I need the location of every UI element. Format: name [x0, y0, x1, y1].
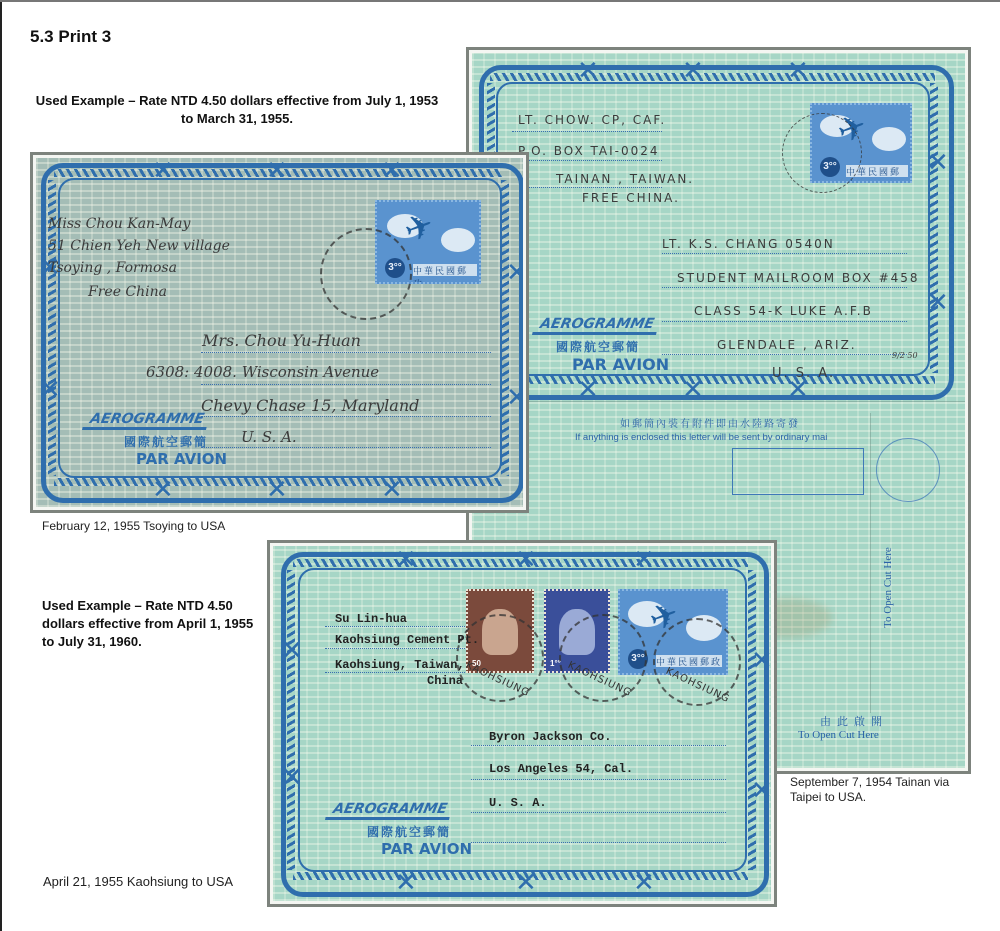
caption-tainan: September 7, 1954 Tainan via Taipei to U…	[790, 775, 949, 805]
sender-line: Su Lin-hua	[335, 612, 407, 626]
postmark	[876, 438, 940, 502]
plane-ornament-icon: ✕	[751, 651, 771, 671]
cover-kaohsiung: ✕ ✕ ✕ ✕ ✕ ✕ ✕ ✕ ✕ ✕ 50 1°° ✈ 3°° 中華民國郵政 …	[267, 540, 777, 907]
section-title: 5.3 Print 3	[30, 27, 111, 47]
aerogramme-logo: AEROGRAMME 國際航空郵簡 PAR AVION	[84, 410, 227, 468]
aerogramme-logo: AEROGRAMME 國際航空郵簡 PAR AVION	[534, 315, 669, 374]
plane-ornament-icon: ✕	[633, 873, 655, 893]
plane-ornament-icon: ✕	[927, 153, 949, 173]
rate-note-line: to March 31, 1955.	[32, 110, 442, 128]
plane-ornament-icon: ✕	[682, 61, 704, 81]
sender-line: P.O. BOX TAI-0024	[518, 144, 660, 158]
recipient-line: Byron Jackson Co.	[489, 730, 611, 744]
recipient-line: U. S. A.	[241, 428, 297, 446]
cut-here-vertical: To Open Cut Here	[882, 508, 894, 628]
plane-ornament-icon: ✕	[515, 550, 537, 570]
page-edge	[0, 0, 1000, 2]
cut-here-english: To Open Cut Here	[798, 729, 879, 741]
aerogramme-logo: AEROGRAMME 國際航空郵簡 PAR AVION	[327, 800, 472, 858]
plane-ornament-icon: ✕	[506, 263, 523, 283]
caption-kaohsiung: April 21, 1955 Kaohsiung to USA	[43, 874, 233, 889]
rate-note-line: dollars effective from April 1, 1955	[42, 615, 262, 633]
plane-ornament-icon: ✕	[281, 641, 303, 661]
plane-ornament-icon: ✕	[381, 480, 403, 500]
recipient-line: 6308: 4008. Wisconsin Avenue	[146, 363, 379, 381]
cover-tsoying: ✕ ✕ ✕ ✕ ✕ ✕ ✕ ✕ ✕ ✕ ✈ 3°° 中華民國郵政 Miss Ch…	[30, 152, 529, 513]
recipient-line: STUDENT MAILROOM BOX #458	[677, 271, 920, 285]
sender-line: China	[427, 674, 463, 688]
sender-line: Miss Chou Kan-May	[48, 216, 190, 232]
rate-note-1953: Used Example – Rate NTD 4.50 dollars eff…	[32, 92, 442, 128]
plane-ornament-icon: ✕	[787, 380, 809, 400]
rate-note-1955: Used Example – Rate NTD 4.50 dollars eff…	[42, 597, 262, 651]
plane-ornament-icon: ✕	[381, 161, 403, 181]
postmark-kaohsiung	[559, 614, 647, 702]
plane-ornament-icon: ✕	[395, 550, 417, 570]
recipient-line: Mrs. Chou Yu-Huan	[202, 331, 361, 350]
recipient-line: U. S. A.	[489, 796, 547, 810]
enclosure-notice-english: If anything is enclosed this letter will…	[575, 432, 827, 443]
plane-ornament-icon: ✕	[152, 161, 174, 181]
rate-note-line: to July 31, 1960.	[42, 633, 262, 651]
sender-line: Tsoying , Formosa	[48, 260, 177, 276]
plane-ornament-icon: ✕	[577, 61, 599, 81]
recipient-line: Los Angeles 54, Cal.	[489, 762, 633, 776]
plane-ornament-icon: ✕	[39, 380, 61, 400]
plane-ornament-icon: ✕	[506, 388, 523, 408]
handstamp-box	[732, 448, 864, 495]
caption-tsoying: February 12, 1955 Tsoying to USA	[42, 519, 225, 534]
pencil-note: 9/2 50	[892, 351, 918, 360]
recipient-line: LT. K.S. CHANG 0540N	[662, 237, 835, 251]
rate-note-line: Used Example – Rate NTD 4.50 dollars eff…	[32, 92, 442, 110]
cut-here-chinese: 由此啟開	[820, 713, 888, 729]
enclosure-notice-chinese: 如郵簡內裝有附件即由水陸路寄發	[620, 415, 800, 430]
recipient-line: Chevy Chase 15, Maryland	[201, 396, 419, 415]
sender-line: LT. CHOW. CP, CAF.	[518, 113, 666, 127]
sender-line: Free China	[88, 284, 167, 300]
plane-ornament-icon: ✕	[281, 768, 303, 788]
plane-ornament-icon: ✕	[266, 161, 288, 181]
page-edge	[0, 0, 2, 931]
recipient-line: U. S. A.	[772, 366, 835, 381]
recipient-line: CLASS 54-K LUKE A.F.B	[694, 304, 873, 318]
plane-ornament-icon: ✕	[577, 380, 599, 400]
postmark	[320, 228, 412, 320]
recipient-line: GLENDALE , ARIZ.	[717, 338, 857, 352]
sender-line: Kaohsiung Cement Pt.	[335, 633, 479, 647]
sender-line: Kaohsiung, Taiwan,	[335, 658, 465, 672]
plane-ornament-icon: ✕	[682, 380, 704, 400]
plane-ornament-icon: ✕	[266, 480, 288, 500]
plane-ornament-icon: ✕	[787, 61, 809, 81]
plane-ornament-icon: ✕	[395, 873, 417, 893]
sender-line: FREE CHINA.	[582, 191, 680, 205]
airplane-icon: ✈	[399, 204, 439, 251]
plane-ornament-icon: ✕	[633, 550, 655, 570]
plane-ornament-icon: ✕	[751, 781, 771, 801]
plane-ornament-icon: ✕	[927, 293, 949, 313]
postmark	[782, 113, 862, 193]
sender-line: 51 Chien Yeh New village	[48, 238, 230, 254]
plane-ornament-icon: ✕	[515, 873, 537, 893]
rate-note-line: Used Example – Rate NTD 4.50	[42, 597, 262, 615]
sender-line: TAINAN , TAIWAN.	[556, 172, 694, 186]
plane-ornament-icon: ✕	[152, 480, 174, 500]
